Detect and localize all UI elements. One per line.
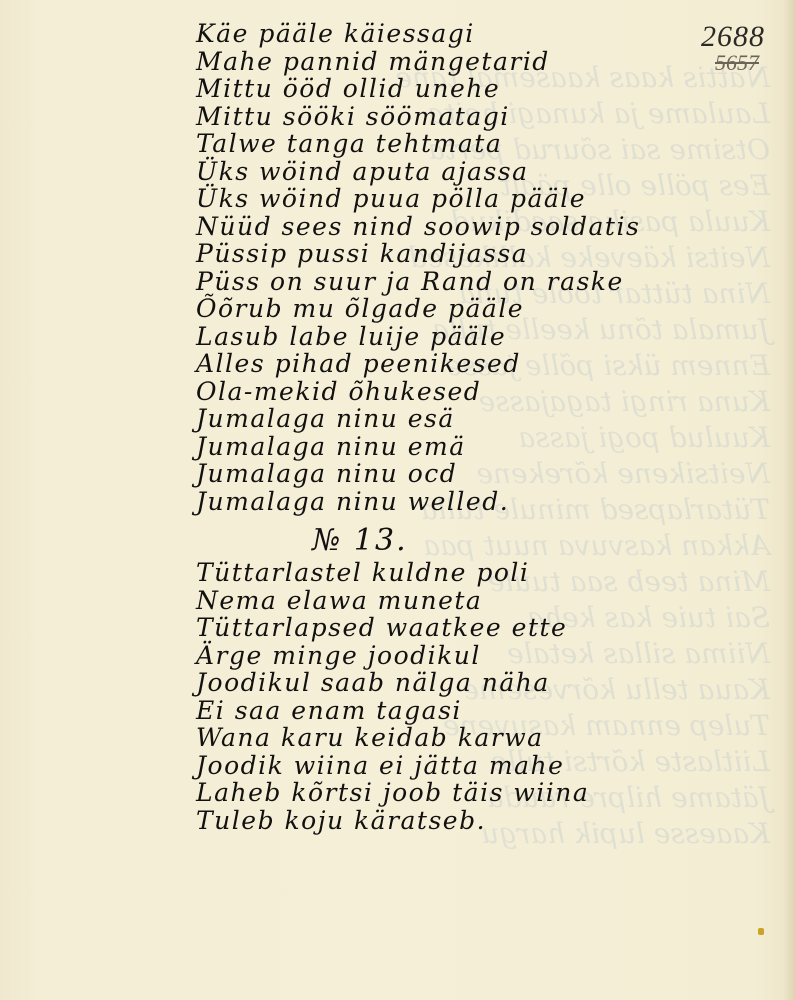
text-line: Jumalaga ninu welled.	[196, 488, 756, 516]
text-line: Talwe tanga tehtmata	[196, 130, 756, 158]
handwritten-text: Käe pääle käiessagi Mahe pannid mängetar…	[196, 20, 756, 834]
text-line: Jumalaga ninu esä	[196, 405, 756, 433]
section-heading: № 13.	[196, 515, 756, 559]
text-line: Laheb kõrtsi joob täis wiina	[196, 779, 756, 807]
text-line: Üks wöind aputa ajassa	[196, 158, 756, 186]
text-line: Tüttarlapsed waatkee ette	[196, 614, 756, 642]
text-line: Tuleb koju käratseb.	[196, 807, 756, 835]
text-line: Ei saa enam tagasi	[196, 697, 756, 725]
text-line: Ola-mekid õhukesed	[196, 378, 756, 406]
text-line: Mittu ööd ollid unehe	[196, 75, 756, 103]
text-line: Mittu sööki söömatagi	[196, 103, 756, 131]
section-2: Tüttarlastel kuldne poli Nema elawa mune…	[196, 559, 756, 834]
text-line: Nüüd sees nind soowip soldatis	[196, 213, 756, 241]
text-line: Alles pihad peenikesed	[196, 350, 756, 378]
text-line: Mahe pannid mängetarid	[196, 48, 756, 76]
section-1: Käe pääle käiessagi Mahe pannid mängetar…	[196, 20, 756, 515]
text-line: Joodikul saab nälga näha	[196, 669, 756, 697]
manuscript-page: Nattis kaas kaasemal taneLaulame ja kuna…	[0, 0, 795, 1000]
text-line: Joodik wiina ei jätta mahe	[196, 752, 756, 780]
text-line: Püss on suur ja Rand on raske	[196, 268, 756, 296]
text-line: Üks wöind puua pölla pääle	[196, 185, 756, 213]
text-line: Nema elawa muneta	[196, 587, 756, 615]
text-line: Tüttarlastel kuldne poli	[196, 559, 756, 587]
text-line: Püssip pussi kandijassa	[196, 240, 756, 268]
text-line: Jumalaga ninu emä	[196, 433, 756, 461]
text-line: Õõrub mu õlgade pääle	[196, 295, 756, 323]
ink-stain	[758, 928, 764, 935]
text-line: Jumalaga ninu ocd	[196, 460, 756, 488]
text-line: Wana karu keidab karwa	[196, 724, 756, 752]
text-line: Ärge minge joodikul	[196, 642, 756, 670]
text-line: Lasub labe luije pääle	[196, 323, 756, 351]
text-line: Käe pääle käiessagi	[196, 20, 756, 48]
